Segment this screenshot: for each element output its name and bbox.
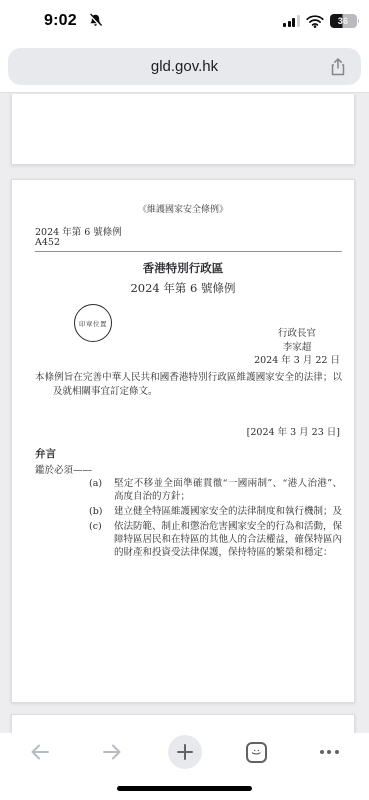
list-item: (c) 依法防範、制止和懲治危害國家安全的行為和活動，保障特區居民和在特區的其他… bbox=[89, 520, 342, 559]
ordinance-number: 2024 年第 6 號條例 bbox=[35, 224, 122, 238]
status-icons: 36 bbox=[283, 11, 359, 31]
preamble-heading: 弁言 bbox=[35, 446, 56, 461]
forward-icon bbox=[100, 740, 124, 764]
list-item-text: 堅定不移並全面準確貫徹“一國兩制”、“港人治港”、高度自治的方針； bbox=[114, 477, 342, 503]
ordinance-number-center: 2024 年第 6 號條例 bbox=[12, 280, 354, 296]
new-tab-button[interactable] bbox=[163, 733, 207, 771]
bottom-toolbar: :) bbox=[0, 733, 369, 800]
bell-slash-icon bbox=[88, 13, 103, 28]
back-button[interactable] bbox=[18, 733, 62, 771]
tabs-button[interactable]: :) bbox=[235, 733, 279, 771]
battery-icon: 36 bbox=[330, 14, 357, 28]
seal-placeholder: 印章位置 bbox=[74, 304, 112, 342]
preamble-list: (a) 堅定不移並全面準確貫徹“一國兩制”、“港人治港”、高度自治的方針； (b… bbox=[89, 477, 342, 561]
signature-date: 2024 年 3 月 22 日 bbox=[254, 354, 340, 368]
signature-block: 行政長官 李家超 2024 年 3 月 22 日 bbox=[254, 327, 340, 368]
pdf-page-current: 《維護國家安全條例》 2024 年第 6 號條例 A452 香港特別行政區 20… bbox=[11, 179, 355, 703]
list-item: (a) 堅定不移並全面準確貫徹“一國兩制”、“港人治港”、高度自治的方針； bbox=[89, 477, 342, 503]
list-item-label: (b) bbox=[89, 505, 114, 518]
signatory-title: 行政長官 bbox=[254, 327, 340, 341]
cellular-signal-icon bbox=[283, 15, 300, 27]
url-text: gld.gov.hk bbox=[151, 58, 218, 75]
header-rule bbox=[35, 251, 342, 252]
seal-text: 印章位置 bbox=[79, 319, 107, 328]
menu-button[interactable] bbox=[307, 733, 351, 771]
back-icon bbox=[28, 740, 52, 764]
long-title: 本條例旨在完善中華人民共和國香港特別行政區維護國家安全的法律；以及就相關事宜訂定… bbox=[35, 371, 342, 399]
region-title: 香港特別行政區 bbox=[12, 260, 354, 276]
gazette-date: [2024 年 3 月 23 日] bbox=[247, 424, 340, 438]
browser-chrome: gld.gov.hk bbox=[0, 44, 369, 92]
forward-button[interactable] bbox=[90, 733, 134, 771]
home-indicator[interactable] bbox=[117, 786, 252, 791]
list-item-text: 依法防範、制止和懲治危害國家安全的行為和活動，保障特區居民和在特區的其他人的合法… bbox=[114, 520, 342, 559]
document-page: 《維護國家安全條例》 2024 年第 6 號條例 A452 香港特別行政區 20… bbox=[12, 180, 354, 702]
list-item-text: 建立健全特區維護國家安全的法律制度和執行機制；及 bbox=[114, 505, 342, 518]
list-item-label: (c) bbox=[89, 520, 114, 559]
menu-icon bbox=[320, 750, 339, 754]
signatory-name: 李家超 bbox=[254, 341, 340, 355]
pdf-viewport[interactable]: 《維護國家安全條例》 2024 年第 6 號條例 A452 香港特別行政區 20… bbox=[0, 92, 369, 733]
battery-nub bbox=[358, 19, 360, 24]
wifi-icon bbox=[306, 15, 324, 28]
toolbar-buttons: :) bbox=[0, 733, 369, 771]
list-item: (b) 建立健全特區維護國家安全的法律制度和執行機制；及 bbox=[89, 505, 342, 518]
clock: 9:02 bbox=[44, 12, 77, 30]
tab-counter: :) bbox=[252, 749, 262, 755]
status-bar: 9:02 36 bbox=[0, 0, 369, 44]
pdf-page-previous bbox=[11, 94, 355, 165]
url-bar[interactable]: gld.gov.hk bbox=[8, 48, 361, 85]
share-icon[interactable] bbox=[328, 57, 348, 77]
new-tab-icon bbox=[168, 735, 202, 769]
battery-percent: 36 bbox=[330, 14, 357, 28]
tabs-icon: :) bbox=[246, 742, 267, 763]
preamble-intro: 鑑於必須—— bbox=[35, 462, 92, 476]
running-header: 《維護國家安全條例》 bbox=[12, 202, 354, 215]
page-number: A452 bbox=[35, 237, 60, 248]
pdf-page-next bbox=[11, 714, 355, 733]
list-item-label: (a) bbox=[89, 477, 114, 503]
